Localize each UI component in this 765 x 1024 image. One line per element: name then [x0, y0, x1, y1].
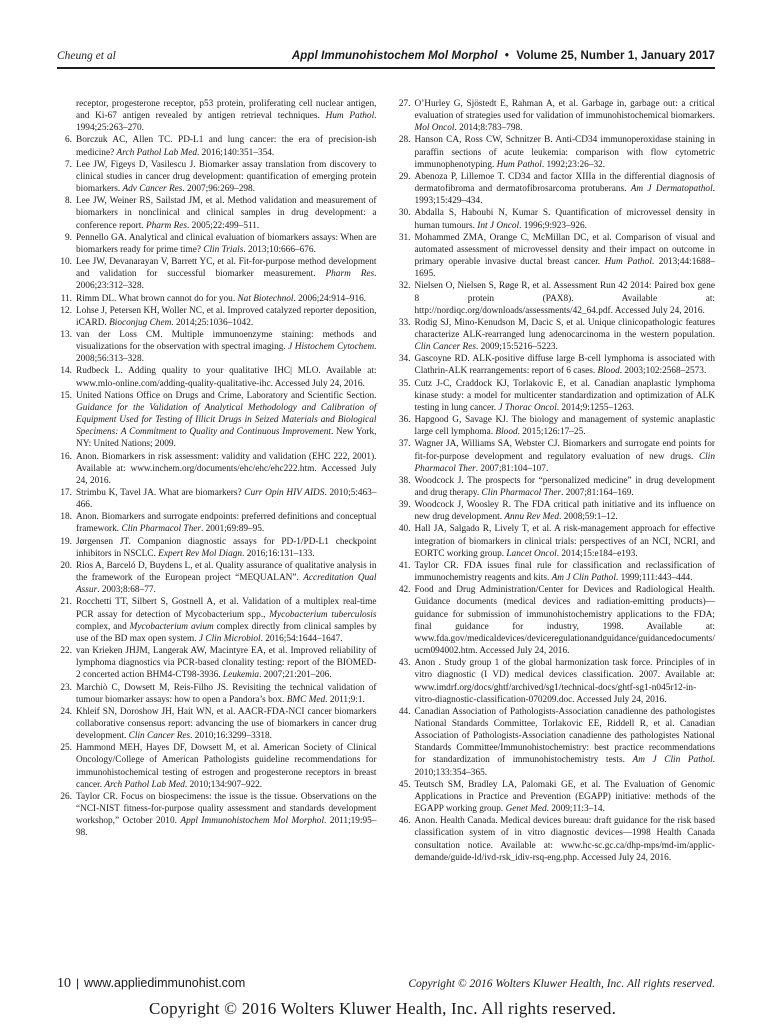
journal-title: Appl Immunohistochem Mol Morphol [292, 50, 498, 62]
reference-item: 22.van Krieken JHJM, Langerak AW, Macint… [57, 645, 377, 681]
reference-text: van der Loss CM. Multiple immunoenzyme s… [76, 329, 377, 365]
reference-item: 45.Teutsch SM, Bradley LA, Palomaki GE, … [396, 779, 716, 815]
reference-number: 41. [396, 560, 411, 584]
reference-item: 7.Lee JW, Figeys D, Vasilescu J. Biomark… [57, 159, 377, 195]
reference-item: 42.Food and Drug Administration/Center f… [396, 584, 716, 657]
reference-item: 40.Hall JA, Salgado R, Lively T, et al. … [396, 523, 716, 559]
reference-item: 8.Lee JW, Weiner RS, Sailstad JM, et al.… [57, 195, 377, 231]
reference-text: Rodig SJ, Mino-Kenudson M, Dacic S, et a… [415, 317, 716, 353]
reference-item: 23.Marchiò C, Dowsett M, Reis-Filho JS. … [57, 682, 377, 706]
reference-number: 17. [57, 487, 72, 511]
reference-item: 37.Wagner JA, Williams SA, Webster CJ. B… [396, 438, 716, 474]
reference-number: 24. [57, 706, 72, 742]
issue-info: Volume 25, Number 1, January 2017 [516, 50, 715, 62]
reference-text: van Krieken JHJM, Langerak AW, Macintyre… [76, 645, 377, 681]
reference-item: 13.van der Loss CM. Multiple immunoenzym… [57, 329, 377, 365]
reference-text: Teutsch SM, Bradley LA, Palomaki GE, et … [415, 779, 716, 815]
reference-text: Hapgood G, Savage KJ. The biology and ma… [415, 414, 716, 438]
reference-text: Taylor CR. FDA issues final rule for cla… [415, 560, 716, 584]
reference-number: 23. [57, 682, 72, 706]
reference-number: 26. [57, 791, 72, 840]
reference-text: Hammond MEH, Hayes DF, Dowsett M, et al.… [76, 742, 377, 791]
reference-number: 42. [396, 584, 411, 657]
reference-number: 31. [396, 232, 411, 281]
running-head: Cheung et al Appl Immunohistochem Mol Mo… [57, 50, 715, 69]
page-footer: 10 | www.appliedimmunohist.com Copyright… [57, 976, 715, 992]
reference-text: Jørgensen JT. Companion diagnostic assay… [76, 536, 377, 560]
reference-item: 29.Abenoza P, Lillemoe T. CD34 and facto… [396, 171, 716, 207]
reference-text: Nielsen O, Nielsen S, Røge R, et al. Ass… [415, 280, 716, 316]
reference-item: 39.Woodcock J, Woosley R. The FDA critic… [396, 499, 716, 523]
reference-number: 28. [396, 134, 411, 170]
reference-number: 21. [57, 596, 72, 645]
reference-text: Marchiò C, Dowsett M, Reis-Filho JS. Rev… [76, 682, 377, 706]
reference-item: 32.Nielsen O, Nielsen S, Røge R, et al. … [396, 280, 716, 316]
reference-item: 35.Cutz J-C, Craddock KJ, Torlakovic E, … [396, 378, 716, 414]
reference-text: Strimbu K, Tavel JA. What are biomarkers… [76, 487, 377, 511]
footer-left: 10 | www.appliedimmunohist.com [57, 976, 245, 992]
reference-item: 44.Canadian Association of Pathologists-… [396, 706, 716, 779]
reference-number: 27. [396, 98, 411, 134]
reference-number: 29. [396, 171, 411, 207]
reference-text: Food and Drug Administration/Center for … [415, 584, 716, 657]
reference-column-left: receptor, progesterone receptor, p53 pro… [57, 98, 377, 864]
reference-number: 9. [57, 232, 72, 256]
running-head-authors: Cheung et al [57, 50, 116, 62]
reference-number: 20. [57, 560, 72, 596]
reference-number: 25. [57, 742, 72, 791]
reference-text: Wagner JA, Williams SA, Webster CJ. Biom… [415, 438, 716, 474]
reference-item: 19.Jørgensen JT. Companion diagnostic as… [57, 536, 377, 560]
reference-text: Rimm DL. What brown cannot do for you. N… [76, 293, 377, 305]
reference-item: 25.Hammond MEH, Hayes DF, Dowsett M, et … [57, 742, 377, 791]
reference-number: 10. [57, 256, 72, 292]
page-number: 10 [57, 976, 71, 992]
reference-item: 6.Borczuk AC, Allen TC. PD-L1 and lung c… [57, 134, 377, 158]
reference-number: 43. [396, 657, 411, 706]
reference-number: 37. [396, 438, 411, 474]
reference-text: Lohse J, Petersen KH, Woller NC, et al. … [76, 305, 377, 329]
reference-number: 39. [396, 499, 411, 523]
reference-item: 26.Taylor CR. Focus on biospecimens: the… [57, 791, 377, 840]
reference-text: Abenoza P, Lillemoe T. CD34 and factor X… [415, 171, 716, 207]
reference-number: 32. [396, 280, 411, 316]
reference-number: 11. [57, 293, 72, 305]
copyright-banner: Copyright © 2016 Wolters Kluwer Health, … [0, 999, 765, 1019]
reference-text: Borczuk AC, Allen TC. PD-L1 and lung can… [76, 134, 377, 158]
reference-text: Cutz J-C, Craddock KJ, Torlakovic E, et … [415, 378, 716, 414]
footer-copyright: Copyright © 2016 Wolters Kluwer Health, … [408, 978, 715, 990]
reference-number: 18. [57, 511, 72, 535]
reference-item: 43.Anon . Study group 1 of the global ha… [396, 657, 716, 706]
reference-text: Anon. Health Canada. Medical devices bur… [415, 815, 716, 864]
reference-text: Mohammed ZMA, Orange C, McMillan DC, et … [415, 232, 716, 281]
reference-text: Abdalla S, Haboubi N, Kumar S. Quantific… [415, 207, 716, 231]
reference-number: 34. [396, 353, 411, 377]
reference-item: 17.Strimbu K, Tavel JA. What are biomark… [57, 487, 377, 511]
reference-item: 15.United Nations Office on Drugs and Cr… [57, 390, 377, 451]
reference-text: Lee JW, Weiner RS, Sailstad JM, et al. M… [76, 195, 377, 231]
reference-item: 34.Gascoyne RD. ALK-positive diffuse lar… [396, 353, 716, 377]
reference-item: 36.Hapgood G, Savage KJ. The biology and… [396, 414, 716, 438]
reference-item: 21.Rocchetti TT, Silbert S, Gostnell A, … [57, 596, 377, 645]
reference-item: 33.Rodig SJ, Mino-Kenudson M, Dacic S, e… [396, 317, 716, 353]
reference-number: 44. [396, 706, 411, 779]
reference-number: 35. [396, 378, 411, 414]
reference-text: Anon . Study group 1 of the global harmo… [415, 657, 716, 706]
reference-number: 12. [57, 305, 72, 329]
reference-number: 15. [57, 390, 72, 451]
reference-text: Anon. Biomarkers and surrogate endpoints… [76, 511, 377, 535]
reference-text: Lee JW, Figeys D, Vasilescu J. Biomarker… [76, 159, 377, 195]
reference-text: Pennello GA. Analytical and clinical eva… [76, 232, 377, 256]
reference-number: 13. [57, 329, 72, 365]
bullet-separator: • [501, 50, 513, 62]
reference-number: 8. [57, 195, 72, 231]
reference-continuation: receptor, progesterone receptor, p53 pro… [57, 98, 377, 134]
running-head-journal-issue: Appl Immunohistochem Mol Morphol • Volum… [292, 50, 715, 62]
reference-text: Anon. Biomarkers in risk assessment: val… [76, 451, 377, 487]
reference-number: 36. [396, 414, 411, 438]
reference-item: 27.O’Hurley G, Sjöstedt E, Rahman A, et … [396, 98, 716, 134]
reference-text: Rudbeck L. Adding quality to your qualit… [76, 365, 377, 389]
reference-number: 16. [57, 451, 72, 487]
reference-text: Rocchetti TT, Silbert S, Gostnell A, et … [76, 596, 377, 645]
reference-item: 38.Woodcock J. The prospects for “person… [396, 475, 716, 499]
reference-number: 7. [57, 159, 72, 195]
reference-item: 18.Anon. Biomarkers and surrogate endpoi… [57, 511, 377, 535]
reference-text: United Nations Office on Drugs and Crime… [76, 390, 377, 451]
reference-text: Woodcock J, Woosley R. The FDA critical … [415, 499, 716, 523]
reference-item: 11.Rimm DL. What brown cannot do for you… [57, 293, 377, 305]
reference-text: Gascoyne RD. ALK-positive diffuse large … [415, 353, 716, 377]
reference-number: 19. [57, 536, 72, 560]
reference-number: 46. [396, 815, 411, 864]
journal-page: Cheung et al Appl Immunohistochem Mol Mo… [0, 0, 765, 1024]
reference-item: 16.Anon. Biomarkers in risk assessment: … [57, 451, 377, 487]
reference-item: 10.Lee JW, Devanarayan V, Barrett YC, et… [57, 256, 377, 292]
reference-text: receptor, progesterone receptor, p53 pro… [76, 98, 377, 134]
journal-website: www.appliedimmunohist.com [84, 976, 245, 990]
reference-item: 14.Rudbeck L. Adding quality to your qua… [57, 365, 377, 389]
page-content: Cheung et al Appl Immunohistochem Mol Mo… [57, 0, 715, 864]
reference-item: 41.Taylor CR. FDA issues final rule for … [396, 560, 716, 584]
reference-number: 45. [396, 779, 411, 815]
reference-text: O’Hurley G, Sjöstedt E, Rahman A, et al.… [415, 98, 716, 134]
reference-number: 30. [396, 207, 411, 231]
reference-number: 22. [57, 645, 72, 681]
reference-number: 40. [396, 523, 411, 559]
reference-text: Hall JA, Salgado R, Lively T, et al. A r… [415, 523, 716, 559]
reference-number: 33. [396, 317, 411, 353]
reference-number [57, 98, 72, 134]
reference-item: 20.Rios A, Barceló D, Buydens L, et al. … [57, 560, 377, 596]
footer-separator: | [71, 976, 84, 990]
reference-item: 30.Abdalla S, Haboubi N, Kumar S. Quanti… [396, 207, 716, 231]
reference-text: Taylor CR. Focus on biospecimens: the is… [76, 791, 377, 840]
reference-number: 14. [57, 365, 72, 389]
reference-item: 12.Lohse J, Petersen KH, Woller NC, et a… [57, 305, 377, 329]
reference-text: Hanson CA, Ross CW, Schnitzer B. Anti-CD… [415, 134, 716, 170]
reference-item: 24.Khleif SN, Doroshow JH, Hait WN, et a… [57, 706, 377, 742]
reference-text: Rios A, Barceló D, Buydens L, et al. Qua… [76, 560, 377, 596]
reference-item: 31.Mohammed ZMA, Orange C, McMillan DC, … [396, 232, 716, 281]
reference-text: Woodcock J. The prospects for “personali… [415, 475, 716, 499]
reference-text: Khleif SN, Doroshow JH, Hait WN, et al. … [76, 706, 377, 742]
reference-number: 6. [57, 134, 72, 158]
reference-text: Lee JW, Devanarayan V, Barrett YC, et al… [76, 256, 377, 292]
reference-item: 28.Hanson CA, Ross CW, Schnitzer B. Anti… [396, 134, 716, 170]
reference-column-right: 27.O’Hurley G, Sjöstedt E, Rahman A, et … [396, 98, 716, 864]
reference-list: receptor, progesterone receptor, p53 pro… [57, 98, 715, 864]
reference-text: Canadian Association of Pathologists-Ass… [415, 706, 716, 779]
reference-number: 38. [396, 475, 411, 499]
reference-item: 9.Pennello GA. Analytical and clinical e… [57, 232, 377, 256]
reference-item: 46.Anon. Health Canada. Medical devices … [396, 815, 716, 864]
